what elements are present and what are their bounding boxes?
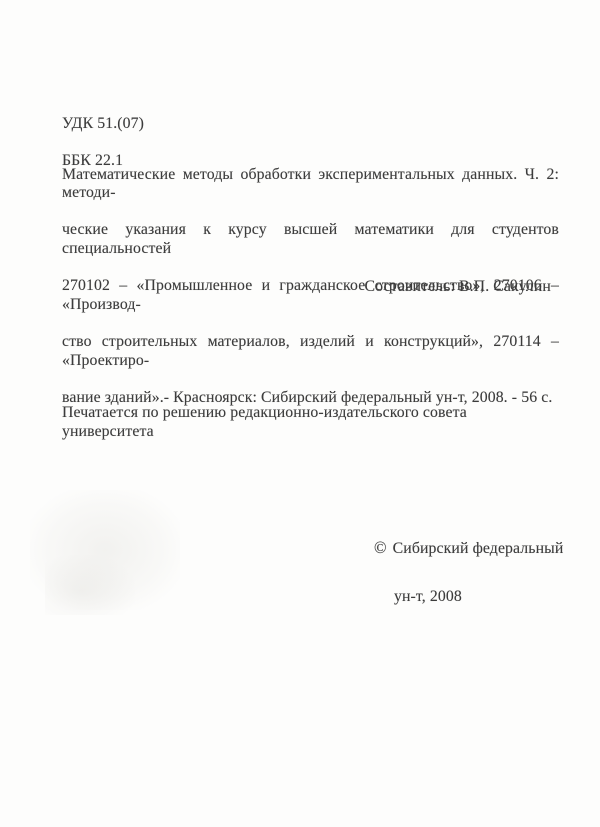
scan-showthrough-smudge [30, 490, 180, 610]
biblio-line: ческие указания к курсу высшей математик… [62, 221, 559, 258]
copyright-line-1: ©Сибирский федеральный [374, 538, 563, 558]
biblio-line: ство строительных материалов, изделий и … [62, 333, 559, 370]
printing-approval-note: Печатается по решению редакционно-издате… [62, 404, 559, 441]
imprint-page: УДК 51.(07) ББК 22.1 Математические мето… [0, 0, 600, 827]
udk-code: УДК 51.(07) [62, 115, 144, 134]
copyright-line-2: ун-т, 2008 [374, 587, 563, 606]
biblio-line: Математические методы обработки эксперим… [62, 166, 559, 203]
scan-showthrough-smudge [45, 555, 135, 615]
compiler-credit: Составитель: В.П. Сакулин [62, 278, 551, 297]
copyright-symbol-icon: © [374, 538, 387, 557]
copyright-notice: ©Сибирский федеральный ун-т, 2008 [374, 519, 563, 625]
copyright-holder: Сибирский федеральный [393, 540, 564, 557]
